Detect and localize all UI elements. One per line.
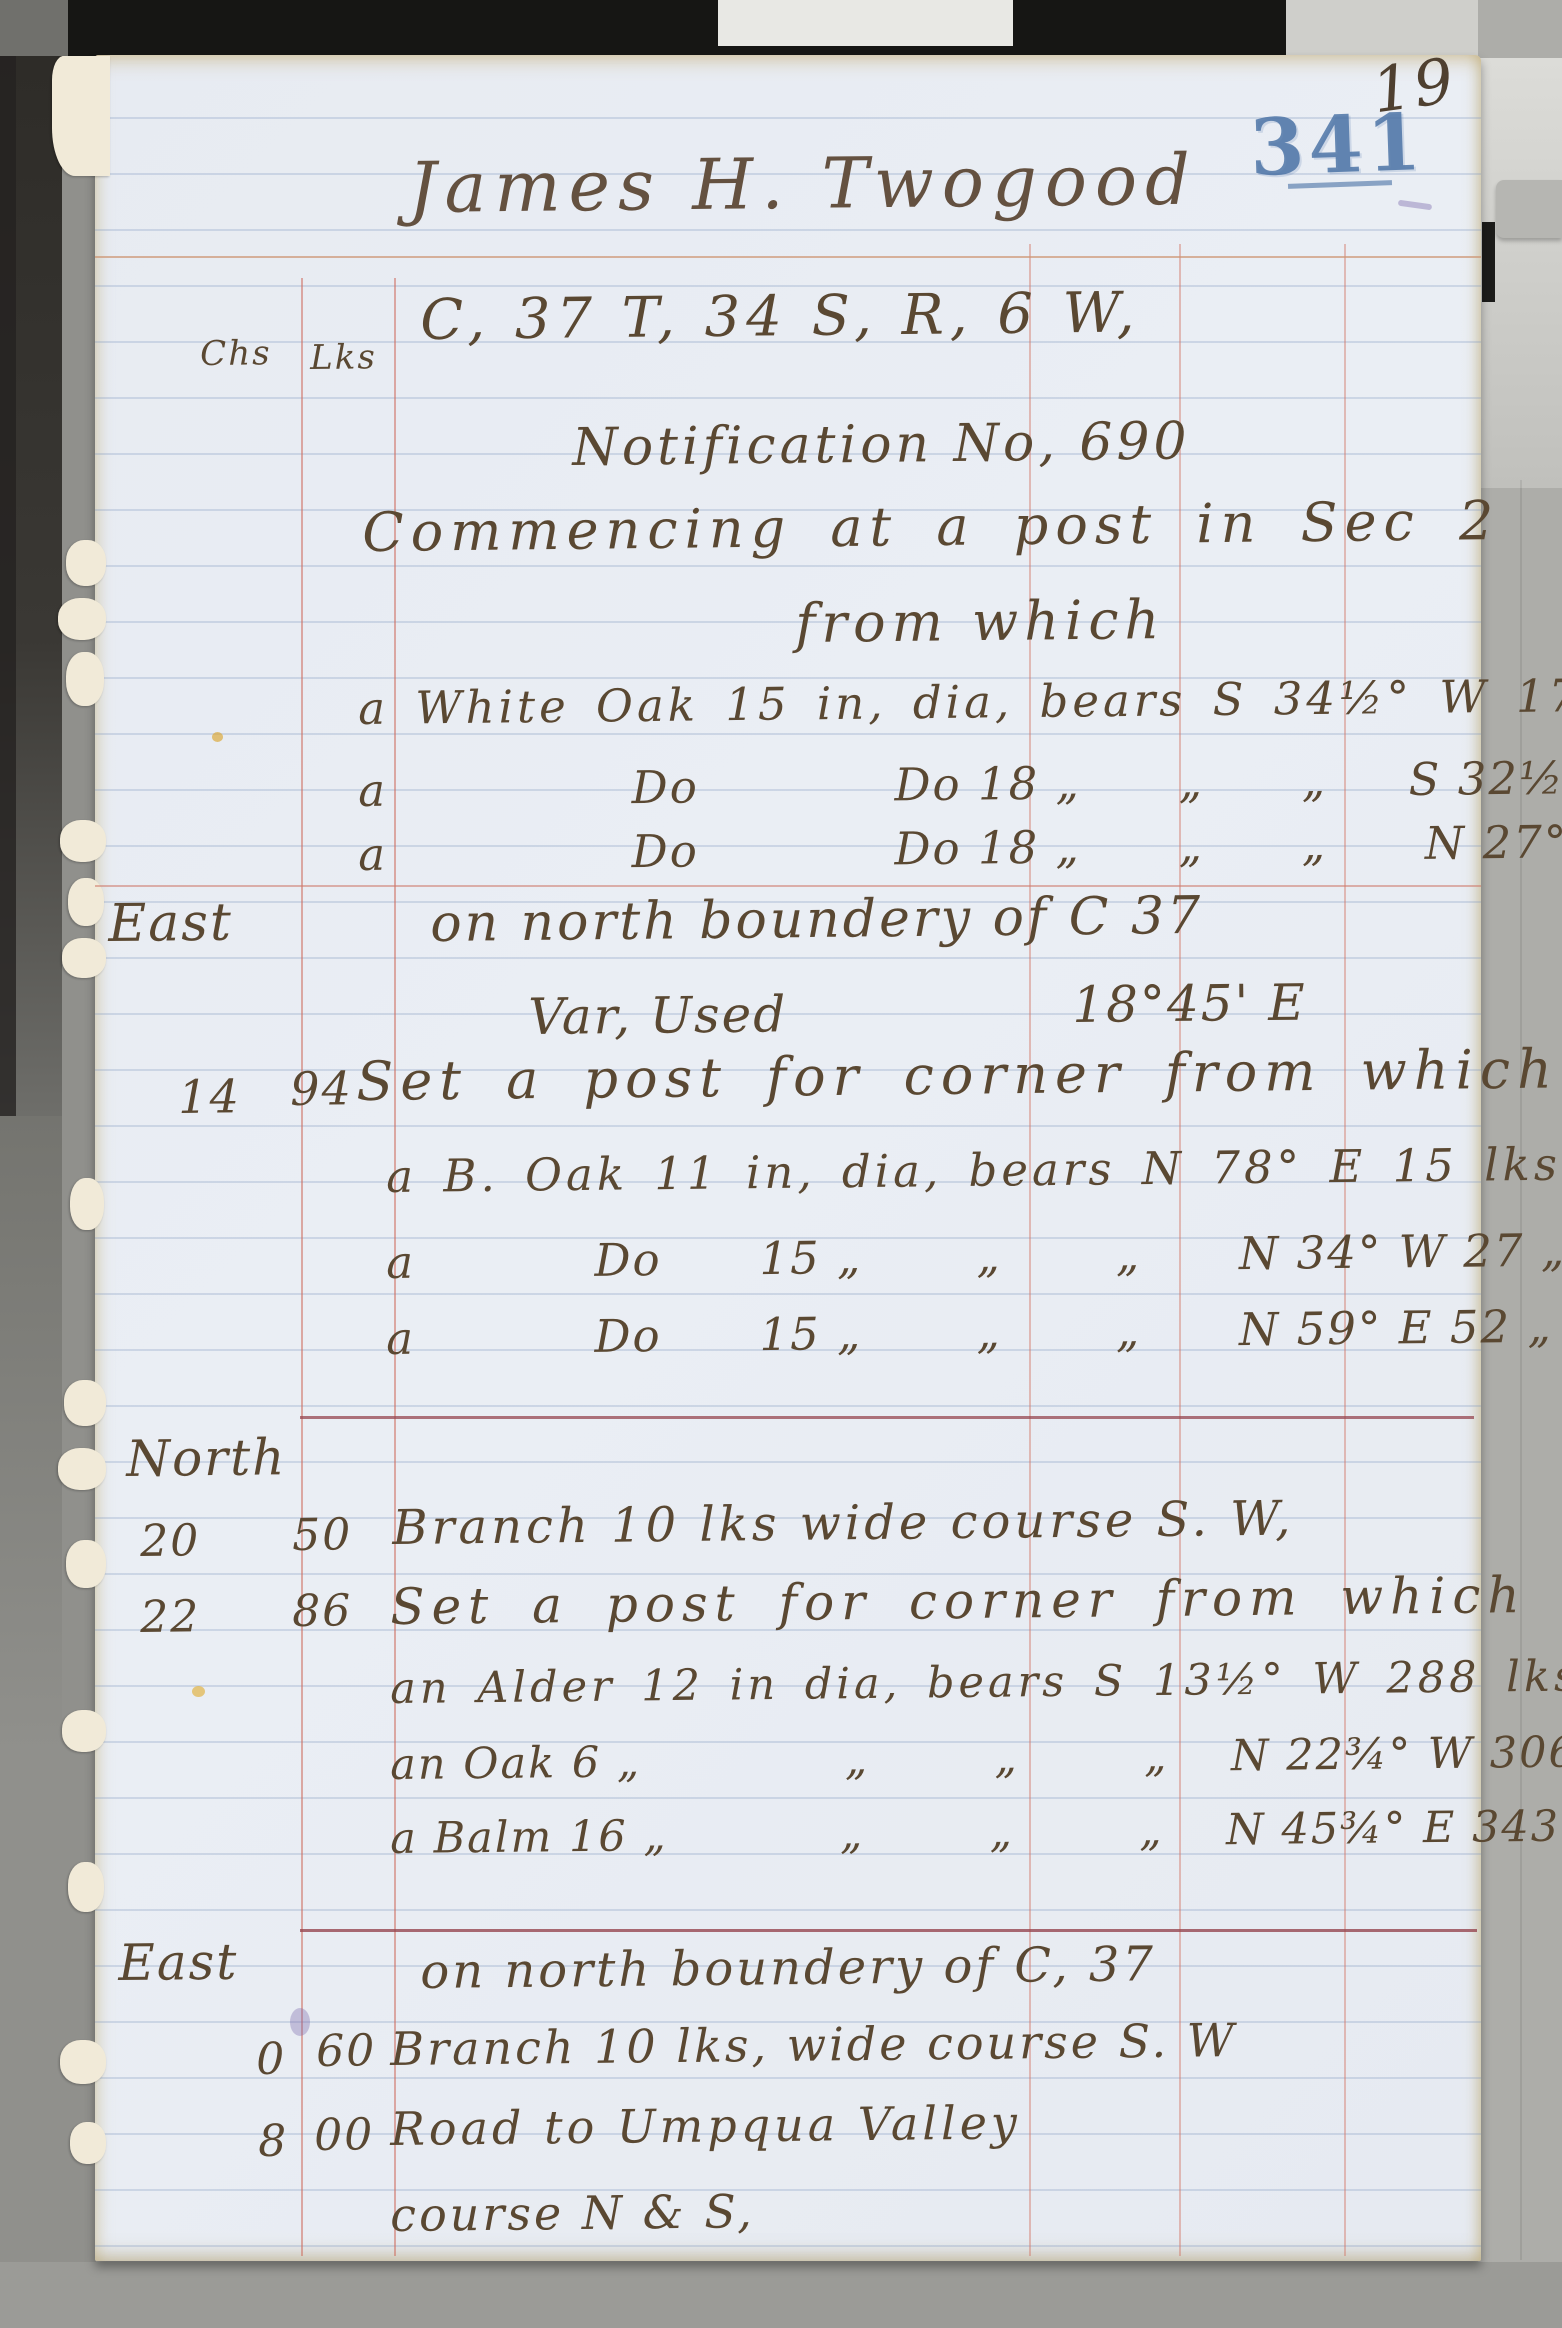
feature-entry: Branch 10 lks, wide course S. W bbox=[390, 2015, 1237, 2074]
scanner-top-left-block bbox=[0, 0, 68, 56]
torn-edge-bump bbox=[60, 2040, 106, 2084]
scanner-seam bbox=[1520, 480, 1522, 2260]
set-post-line: Set a post for corner from which bbox=[356, 1039, 1559, 1111]
column-header-chains: Chs bbox=[200, 335, 272, 373]
notification-line: Notification No, 690 bbox=[572, 414, 1191, 478]
variation-label: Var, Used bbox=[528, 987, 787, 1045]
torn-edge-bump bbox=[64, 1380, 106, 1426]
scanner-machine-tab bbox=[1496, 180, 1562, 238]
page-title: James H. Twogood bbox=[408, 142, 1198, 227]
torn-edge-bump bbox=[58, 598, 106, 640]
paper-stain bbox=[192, 1686, 205, 1697]
torn-edge-bump bbox=[70, 2122, 106, 2164]
torn-edge-bump bbox=[62, 938, 106, 978]
variation-value: 18°45' E bbox=[1072, 976, 1307, 1033]
links-value: 00 bbox=[314, 2111, 375, 2160]
feature-entry: course N & S, bbox=[390, 2186, 755, 2240]
links-value: 94 bbox=[290, 1063, 353, 1114]
section-rule bbox=[300, 1929, 1477, 1932]
bearing-tree-line: a B. Oak 11 in, dia, bears N 78° E 15 lk… bbox=[386, 1140, 1561, 1202]
links-value: 60 bbox=[316, 2027, 377, 2076]
feature-entry: Road to Umpqua Valley bbox=[390, 2097, 1021, 2154]
torn-edge-bump bbox=[58, 1448, 106, 1490]
scanned-fieldbook-page: { "header": { "page_number": "19", "stam… bbox=[0, 0, 1562, 2328]
chains-value: 14 bbox=[178, 1071, 241, 1122]
set-post-line: Set a post for corner from which bbox=[390, 1568, 1527, 1635]
scanner-slot bbox=[1482, 222, 1495, 302]
torn-edge-bump bbox=[70, 1178, 104, 1230]
torn-edge-bump bbox=[62, 1710, 106, 1752]
torn-edge-bump bbox=[66, 1540, 106, 1588]
section-rule bbox=[300, 1416, 1474, 1419]
feature-entry: Branch 10 lks wide course S. W, bbox=[392, 1493, 1295, 1555]
column-header-links: Lks bbox=[310, 339, 377, 377]
bearing-tree-line: a Do 15 „ „ „ N 34° W 27 „ bbox=[386, 1226, 1562, 1288]
chains-value: 8 bbox=[258, 2118, 289, 2167]
direction-entry: East bbox=[118, 1935, 239, 1991]
chains-value: 22 bbox=[140, 1593, 201, 1642]
scanner-bottom-band bbox=[0, 2262, 1562, 2328]
direction-entry: North bbox=[126, 1430, 287, 1487]
torn-edge-bump bbox=[66, 540, 106, 586]
torn-edge-bump bbox=[60, 820, 106, 862]
torn-edge-bump bbox=[52, 56, 110, 176]
chains-value: 20 bbox=[140, 1517, 201, 1566]
course-description: on north boundery of C 37 bbox=[430, 888, 1203, 953]
torn-edge-bump bbox=[66, 652, 104, 706]
paper-stain bbox=[212, 732, 223, 742]
section-rule bbox=[95, 885, 1481, 887]
course-description: on north boundery of C, 37 bbox=[420, 1938, 1156, 1998]
bearing-tree-line: a Do 15 „ „ „ N 59° E 52 „ bbox=[386, 1302, 1553, 1364]
links-value: 86 bbox=[292, 1587, 353, 1636]
header-rule bbox=[95, 256, 1481, 258]
direction-entry: East bbox=[108, 895, 233, 953]
from-which-line: from which bbox=[795, 590, 1166, 653]
torn-edge-bump bbox=[68, 1862, 104, 1912]
chains-value: 0 bbox=[256, 2036, 287, 2085]
stamp-number: 341 bbox=[1248, 97, 1426, 194]
claim-heading: C, 37 T, 34 S, R, 6 W, bbox=[420, 282, 1141, 351]
column-rule bbox=[301, 278, 303, 2256]
commencing-line: Commencing at a post in Sec 2 bbox=[362, 491, 1501, 562]
ink-smudge bbox=[290, 2008, 310, 2036]
bearing-tree-line: a White Oak 15 in, dia, bears S 34½° W 1… bbox=[358, 670, 1562, 734]
scanner-left-mid bbox=[0, 1116, 62, 1756]
scanner-top-white-block bbox=[718, 0, 1013, 46]
links-value: 50 bbox=[292, 1511, 353, 1560]
